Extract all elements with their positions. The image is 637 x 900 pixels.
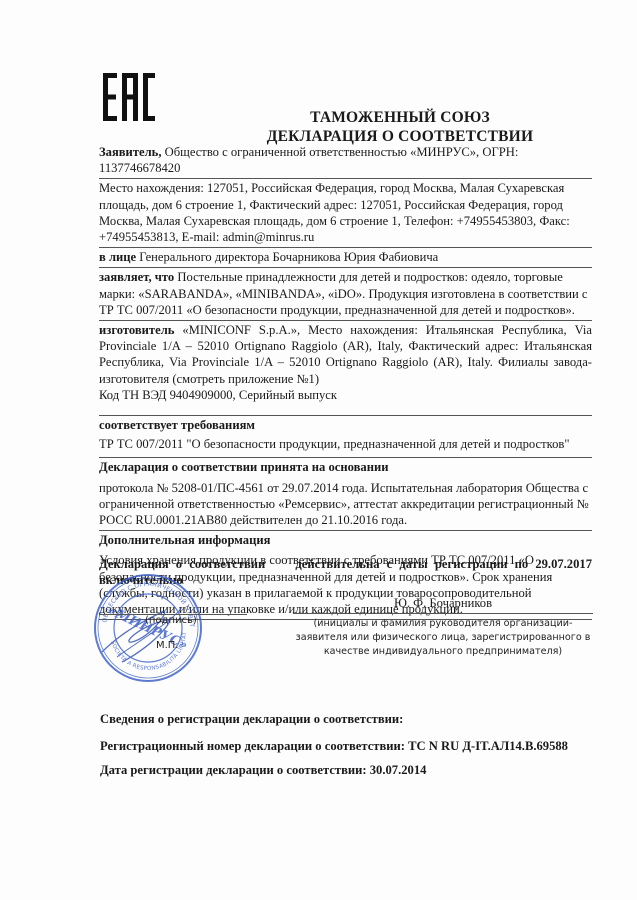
signer-name: Ю. Ф. Бочарников [293,596,593,611]
applicant-text: Общество с ограниченной ответственностью… [99,145,518,175]
represented-by-section: в лице Генерального директора Бочарников… [99,248,592,268]
location-text: Место нахождения: 127051, Российская Фед… [99,180,592,245]
registration-date: Дата регистрации декларации о соответств… [100,763,426,778]
complies-label: соответствует требованиям [99,417,592,433]
basis-label: Декларация о соответствии принята на осн… [99,459,592,475]
applicant-section: Заявитель, Общество с ограниченной ответ… [99,143,592,179]
validity-part2: действительна с даты регистрации по 29.0… [295,556,592,572]
company-seal-icon: ОБЩЕСТВО С ОГРАНИЧЕННОЙ ОТВЕТСТВЕННОСТЬЮ… [92,572,204,684]
basis-section: Декларация о соответствии принята на осн… [99,458,592,531]
manufacturer-section: изготовитель «MINICONF S.p.A.», Место на… [99,321,592,405]
hs-code-text: Код ТН ВЭД 9404909000, Серийный выпуск [99,387,592,403]
represented-by-text: Генерального директора Бочарникова Юрия … [136,250,438,264]
additional-info-label: Дополнительная информация [99,532,592,548]
declares-label: заявляет, что [99,270,174,284]
registration-title: Сведения о регистрации декларации о соот… [100,712,403,727]
declaration-body: Заявитель, Общество с ограниченной ответ… [99,143,592,620]
signature-caption: (подпись) [145,615,197,626]
document-title: ТАМОЖЕННЫЙ СОЮЗ ДЕКЛАРАЦИЯ О СООТВЕТСТВИ… [210,108,590,146]
signer-line [293,613,593,614]
validity-part1: Декларация о соответствии [99,556,265,572]
registration-number: Регистрационный номер декларации о соотв… [100,739,568,754]
signer-caption: (инициалы и фамилия руководителя организ… [293,617,593,659]
applicant-label: Заявитель, [99,145,161,159]
eac-mark-icon [103,73,155,121]
manufacturer-label: изготовитель [99,323,174,337]
declaration-page: ТАМОЖЕННЫЙ СОЮЗ ДЕКЛАРАЦИЯ О СООТВЕТСТВИ… [0,0,637,900]
complies-text: ТР ТС 007/2011 "О безопасности продукции… [99,436,592,452]
divider [99,405,592,416]
represented-by-label: в лице [99,250,136,264]
title-line-customs-union: ТАМОЖЕННЫЙ СОЮЗ [210,108,590,127]
complies-section: соответствует требованиям ТР ТС 007/2011… [99,416,592,458]
declares-section: заявляет, что Постельные принадлежности … [99,268,592,321]
seal-caption: М.П. [156,640,179,651]
location-section: Место нахождения: 127051, Российская Фед… [99,179,592,248]
basis-text: протокола № 5208-01/ПС-4561 от 29.07.201… [99,480,592,529]
